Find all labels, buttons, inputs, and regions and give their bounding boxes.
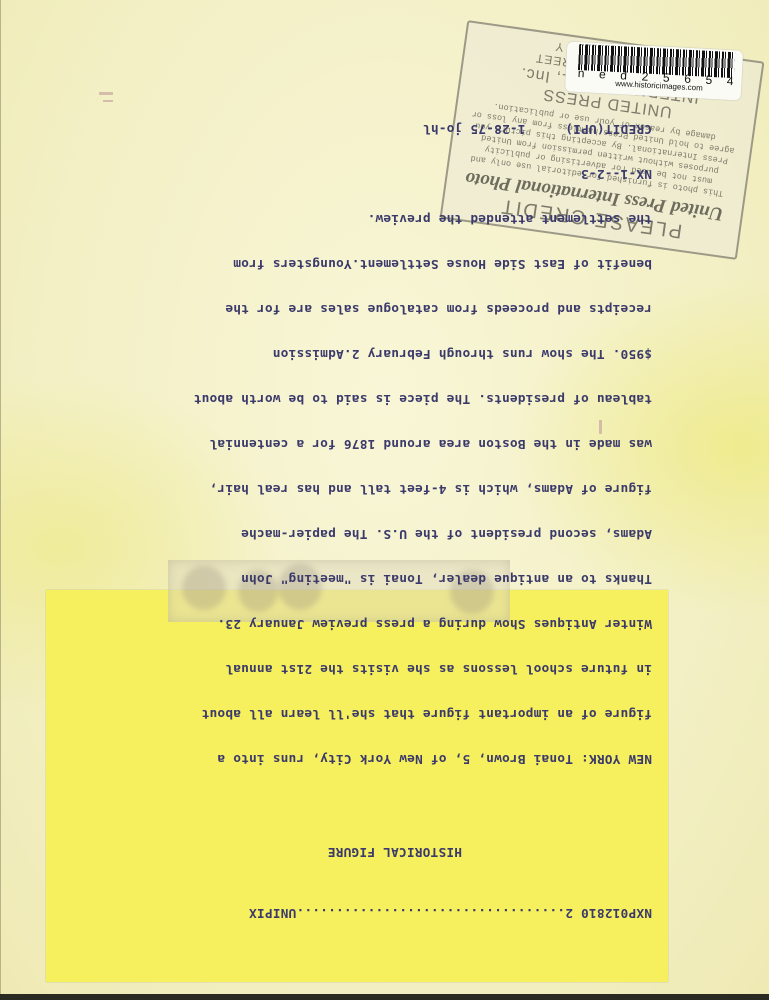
- body-line: NEW YORK: Tonai Brown, 5, of New York Ci…: [52, 751, 652, 766]
- headline: HISTORICAL FIGURE: [52, 844, 652, 859]
- caption-text: NXP012810 2.............................…: [52, 600, 652, 970]
- body-line: benefit of East Side House Settlement.Yo…: [52, 256, 652, 271]
- caption-body: NEW YORK: Tonai Brown, 5, of New York Ci…: [52, 91, 652, 796]
- body-line: figure of Adams, which is 4-feet tall an…: [52, 481, 652, 496]
- body-line: receipts and proceeds from catalogue sal…: [52, 301, 652, 316]
- body-line: Adams, second president of the U.S. The …: [52, 526, 652, 541]
- body-line: the settlement attended the preview.: [52, 211, 652, 226]
- body-line: tableau of presidents. The piece is said…: [52, 391, 652, 406]
- body-line: Winter Antiques Show during a press prev…: [52, 616, 652, 631]
- body-line: in future school lessons as she visits t…: [52, 661, 652, 676]
- body-line: Thanks to an antique dealer, Tonai is "m…: [52, 571, 652, 586]
- body-line: $950. The show runs through February 2.A…: [52, 346, 652, 361]
- body-line: was made in the Boston area around 1876 …: [52, 436, 652, 451]
- credit-line: CREDIT(UPI) 1-28-75 jo-hl: [52, 121, 652, 136]
- slug-line: NXP012810 2.............................…: [52, 905, 652, 920]
- code-line: NX-1--2-3: [52, 166, 652, 181]
- body-line: figure of an important figure that she'l…: [52, 706, 652, 721]
